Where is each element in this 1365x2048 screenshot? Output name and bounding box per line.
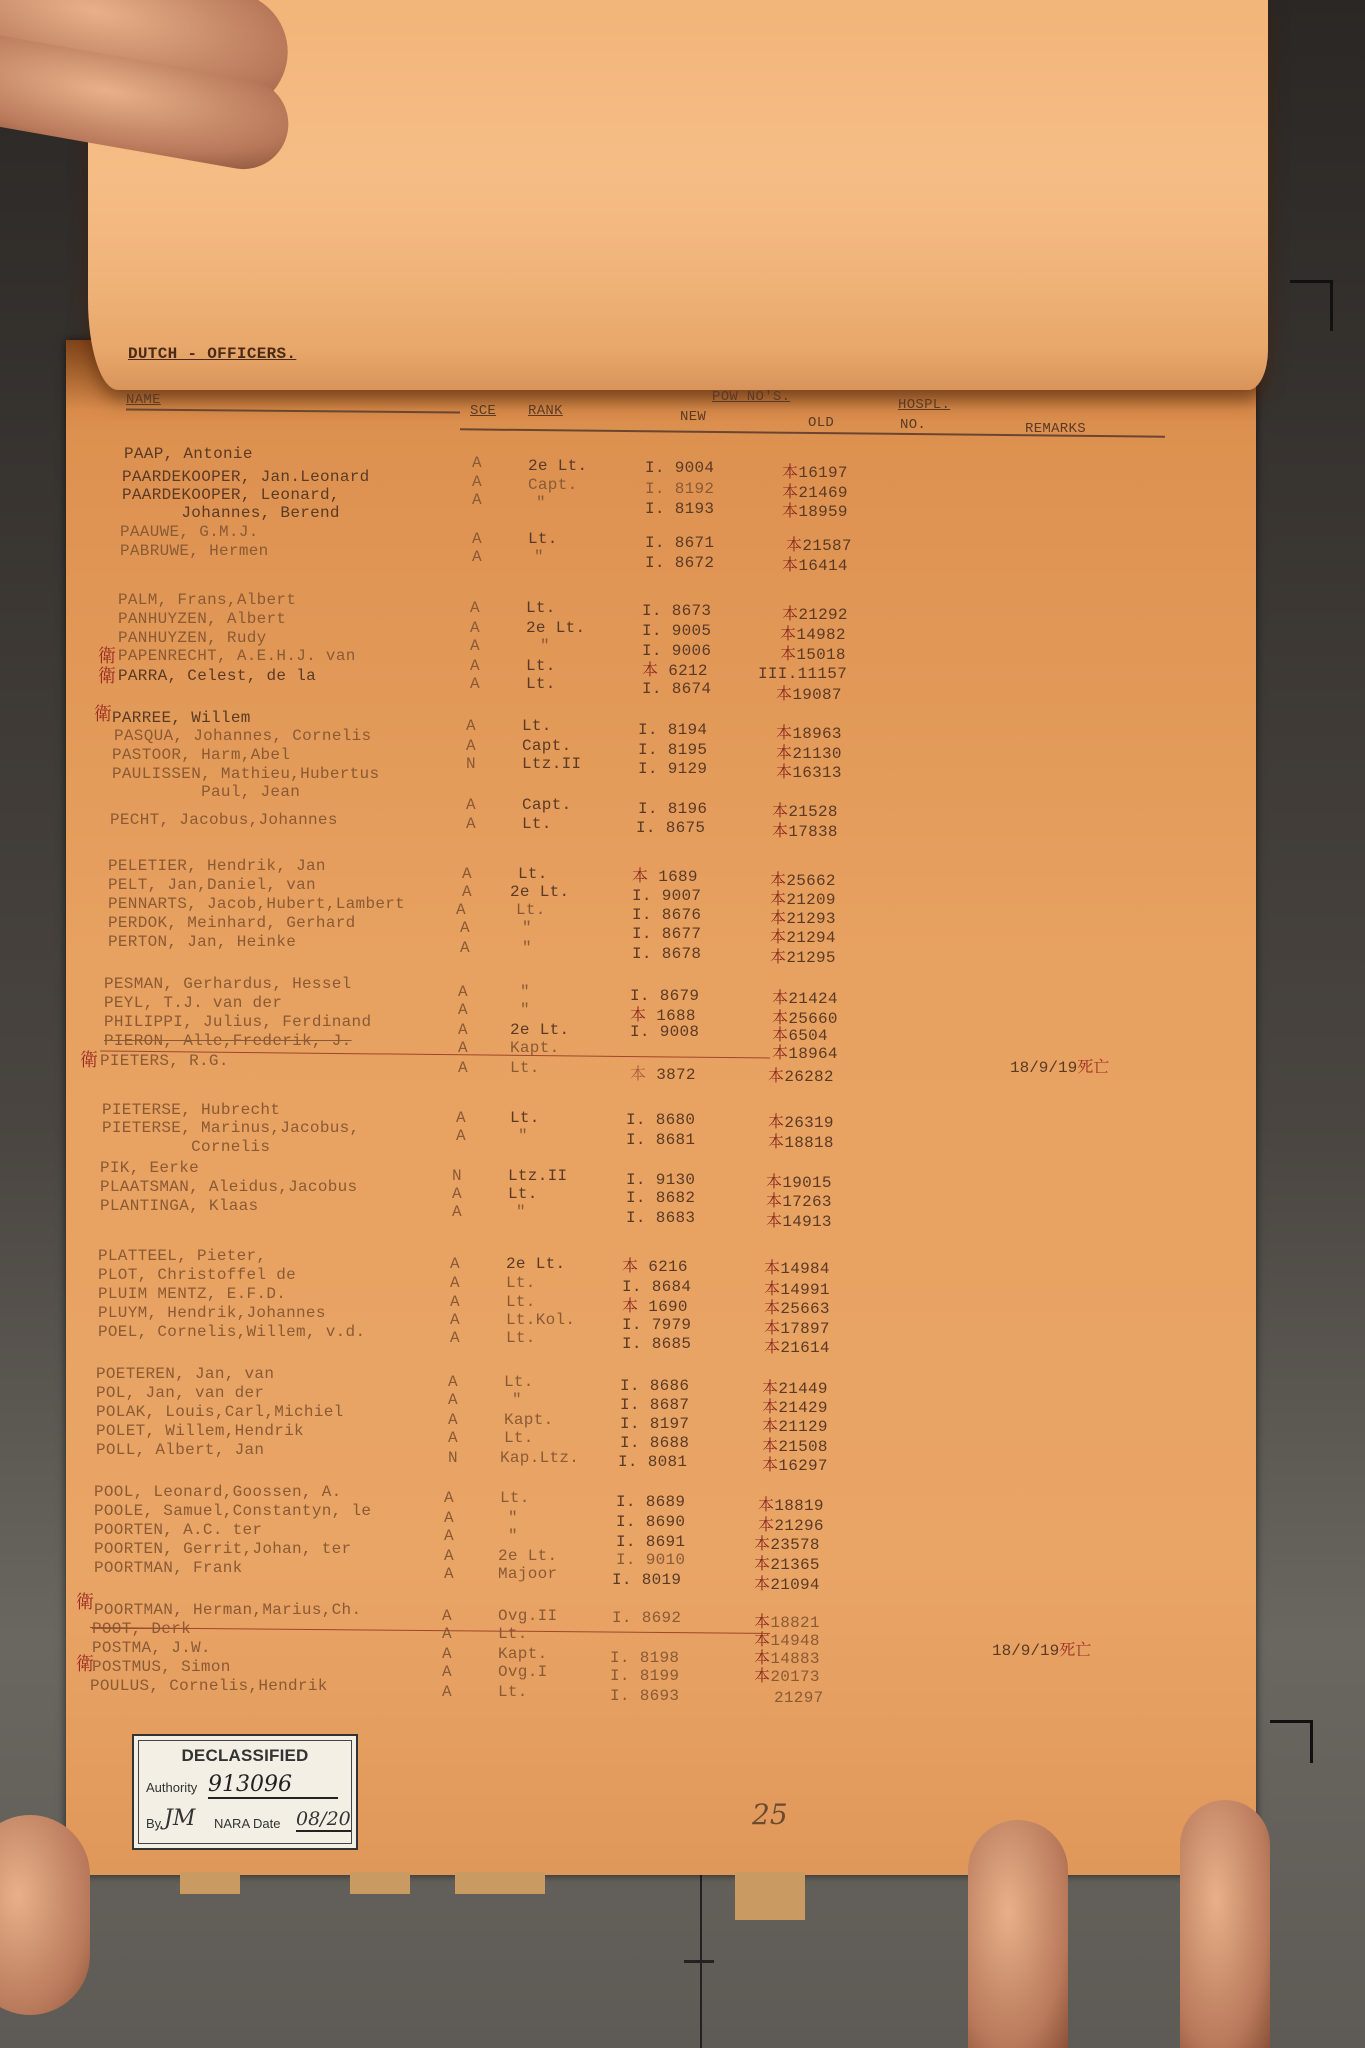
column-header-pow-group: POW NO'S. — [712, 390, 790, 404]
row-rank: " — [522, 940, 532, 956]
hon-stamp-icon: 本 — [768, 1066, 784, 1085]
row-pow-new: I. 8081 — [618, 1454, 687, 1470]
row-pow-new: 本 1690 — [622, 1298, 688, 1315]
row-pow-new: 本 1689 — [632, 868, 698, 885]
row-pow-old: 本26282 — [768, 1068, 834, 1085]
row-sce: A — [448, 1374, 458, 1390]
row-rank: Lt. — [526, 676, 556, 692]
row-name: POOL, Leonard,Goossen, A. — [94, 1484, 342, 1500]
row-sce: A — [444, 1548, 454, 1564]
column-header-sce: SCE — [470, 404, 496, 418]
column-header-rank: RANK — [528, 404, 563, 418]
ei-stamp-icon: 衛 — [76, 1588, 94, 1614]
row-name: PANHUYZEN, Albert — [118, 611, 286, 627]
row-pow-new: I. 8019 — [612, 1572, 681, 1588]
hon-stamp-icon: 本 — [762, 1436, 778, 1455]
row-rank: " — [522, 920, 532, 936]
row-pow-new: I. 9006 — [642, 643, 711, 659]
hon-stamp-icon: 本 — [622, 1296, 638, 1315]
row-pow-old: 本17897 — [764, 1320, 830, 1337]
row-pow-new: I. 8195 — [638, 742, 707, 758]
row-rank: Lt. — [526, 600, 556, 616]
row-name: POORTMAN, Herman,Marius,Ch. — [94, 1602, 361, 1618]
row-pow-old: 本21587 — [786, 537, 852, 554]
row-rank: Lt. — [528, 531, 558, 547]
row-rank: Kap.Ltz. — [500, 1450, 579, 1466]
row-pow-old: 本21614 — [764, 1339, 830, 1356]
hon-stamp-icon: 本 — [762, 1378, 778, 1397]
row-name: PASTOOR, Harm,Abel — [112, 747, 290, 763]
row-rank: Lt. — [522, 718, 552, 734]
row-rank: " — [508, 1510, 518, 1526]
row-pow-old: 本18818 — [768, 1134, 834, 1151]
alignment-mark — [1270, 1720, 1313, 1763]
row-pow-old: 本16414 — [782, 557, 848, 574]
row-pow-new: I. 8683 — [626, 1210, 695, 1226]
row-sce: A — [456, 1110, 466, 1126]
row-rank: Kapt. — [510, 1040, 560, 1056]
row-pow-old: 本21528 — [772, 803, 838, 820]
row-pow-old: 本14948 — [754, 1632, 820, 1649]
column-header-name: NAME — [126, 393, 161, 407]
row-pow-new: I. 8192 — [645, 481, 714, 497]
row-pow-new: I. 8676 — [632, 907, 701, 923]
row-sce: A — [442, 1608, 452, 1624]
authority-label: Authority — [146, 1780, 197, 1795]
row-sce: A — [456, 902, 466, 918]
row-pow-new: I. 8199 — [610, 1668, 679, 1684]
row-pow-new: I. 8693 — [610, 1688, 679, 1704]
column-header-pow-old: OLD — [808, 416, 834, 430]
row-pow-old: 本16313 — [776, 764, 842, 781]
row-name-struck: PIERON, Alle,Frederik, J. — [104, 1033, 352, 1049]
row-pow-old: 本20173 — [754, 1668, 820, 1685]
row-name: POL, Jan, van der — [96, 1385, 264, 1401]
row-pow-old: 本18959 — [782, 503, 848, 520]
row-rank: Lt. — [506, 1330, 536, 1346]
row-rank: Lt. — [504, 1430, 534, 1446]
row-rank: Ltz.II — [522, 756, 581, 772]
row-pow-old: III.11157 — [758, 666, 847, 682]
row-pow-old: 本21130 — [776, 745, 842, 762]
row-sce: A — [472, 531, 482, 547]
row-rank: 2e Lt. — [510, 1022, 569, 1038]
row-sce: A — [470, 600, 480, 616]
row-pow-old: 本17263 — [766, 1193, 832, 1210]
row-sce: A — [444, 1490, 454, 1506]
row-name: POLL, Albert, Jan — [96, 1442, 264, 1458]
row-sce: A — [466, 797, 476, 813]
row-sce: A — [472, 492, 482, 508]
row-name: PECHT, Jacobus,Johannes — [110, 812, 338, 828]
row-pow-old: 本14913 — [766, 1213, 832, 1230]
row-rank: Lt. — [508, 1186, 538, 1202]
row-sce: A — [444, 1510, 454, 1526]
hon-stamp-icon: 本 — [754, 1554, 770, 1573]
hon-stamp-icon: 本 — [758, 1515, 774, 1534]
row-sce: A — [450, 1275, 460, 1291]
row-remarks: 18/9/19死亡 — [1010, 1054, 1109, 1077]
row-pow-new: I. 8681 — [626, 1132, 695, 1148]
hon-stamp-icon: 本 — [772, 1043, 788, 1062]
hon-stamp-icon: 本 — [630, 1064, 646, 1083]
row-name: POLAK, Louis,Carl,Michiel — [96, 1404, 344, 1420]
row-rank: Capt. — [522, 797, 572, 813]
row-pow-new: I. 8196 — [638, 801, 707, 817]
row-pow-new: I. 8690 — [616, 1514, 685, 1530]
row-sce: A — [458, 1022, 468, 1038]
row-pow-old: 本18964 — [772, 1045, 838, 1062]
row-sce: A — [470, 676, 480, 692]
binding-tab — [350, 1872, 410, 1894]
row-name: POETEREN, Jan, van — [96, 1366, 274, 1382]
row-rank: " — [508, 1528, 518, 1544]
row-name: PLUYM, Hendrik,Johannes — [98, 1305, 326, 1321]
row-sce: A — [442, 1664, 452, 1680]
row-pow-new: I. 9008 — [630, 1024, 699, 1040]
row-rank: 2e Lt. — [528, 458, 587, 474]
row-name: PERDOK, Meinhard, Gerhard — [108, 915, 356, 931]
row-name: PAULISSEN, Mathieu,Hubertus — [112, 766, 379, 782]
row-sce: A — [450, 1330, 460, 1346]
hon-stamp-icon: 本 — [772, 988, 788, 1007]
row-pow-old: 本19087 — [776, 686, 842, 703]
hon-stamp-icon: 本 — [768, 1132, 784, 1151]
binding-tab — [455, 1872, 545, 1894]
declassified-title: DECLASSIFIED — [134, 1746, 356, 1766]
row-sce: N — [466, 756, 476, 772]
row-pow-old: 本21292 — [782, 606, 848, 623]
thumb-bottom-right — [968, 1820, 1068, 2048]
row-name: PERTON, Jan, Heinke — [108, 934, 296, 950]
row-pow-new: I. 8671 — [645, 535, 714, 551]
row-pow-old: 本16297 — [762, 1457, 828, 1474]
row-pow-old: 本21429 — [762, 1399, 828, 1416]
row-name: POORTMAN, Frank — [94, 1560, 243, 1576]
row-sce: A — [458, 1002, 468, 1018]
row-pow-new: I. 8194 — [638, 722, 707, 738]
row-rank: 2e Lt. — [526, 620, 585, 636]
row-pow-new: I. 7979 — [622, 1317, 691, 1333]
row-pow-old: 本15018 — [780, 646, 846, 663]
hon-stamp-icon: 本 — [762, 1397, 778, 1416]
row-pow-old: 本21094 — [754, 1576, 820, 1593]
row-sce: A — [470, 638, 480, 654]
hon-stamp-icon: 本 — [770, 889, 786, 908]
hon-stamp-icon: 本 — [764, 1258, 780, 1277]
row-name: PEYL, T.J. van der — [104, 995, 282, 1011]
hon-stamp-icon: 本 — [770, 908, 786, 927]
row-sce: N — [448, 1450, 458, 1466]
hon-stamp-icon: 本 — [758, 1495, 774, 1514]
finger-bottom-right — [1180, 1800, 1270, 2048]
hon-stamp-icon: 本 — [782, 604, 798, 623]
row-name: PIETERSE, Marinus,Jacobus, — [102, 1120, 359, 1136]
hon-stamp-icon: 本 — [776, 684, 792, 703]
row-name: POSTMA, J.W. — [92, 1640, 211, 1656]
row-rank: " — [518, 1128, 528, 1144]
row-pow-old: 本14883 — [754, 1650, 820, 1667]
row-sce: A — [442, 1684, 452, 1700]
row-sce: A — [460, 920, 470, 936]
row-pow-new: I. 8686 — [620, 1378, 689, 1394]
row-sce: A — [452, 1204, 462, 1220]
row-sce: A — [444, 1566, 454, 1582]
row-pow-new: I. 9129 — [638, 761, 707, 777]
ei-stamp-icon: 衛 — [80, 1046, 98, 1072]
hon-stamp-icon: 本 — [764, 1279, 780, 1298]
row-sce: A — [456, 1128, 466, 1144]
row-sce: A — [466, 718, 476, 734]
row-sce: A — [462, 884, 472, 900]
row-name: PENNARTS, Jacob,Hubert,Lambert — [108, 896, 405, 912]
hon-stamp-icon: 本 — [770, 927, 786, 946]
hon-stamp-icon: 本 — [764, 1318, 780, 1337]
row-name-struck: POOT, Derk — [92, 1621, 191, 1637]
row-pow-new: I. 8688 — [620, 1435, 689, 1451]
hon-stamp-icon: 本 — [772, 821, 788, 840]
row-rank: Capt. — [528, 477, 578, 493]
row-pow-new: I. 8674 — [642, 681, 711, 697]
row-rank: Kapt. — [498, 1646, 548, 1662]
row-rank: Lt. — [504, 1374, 534, 1390]
hon-stamp-icon: 本 — [772, 801, 788, 820]
row-rank: " — [520, 1002, 530, 1018]
row-name: PELT, Jan,Daniel, van — [108, 877, 316, 893]
row-name: Paul, Jean — [112, 784, 300, 800]
row-pow-old: 本19015 — [766, 1174, 832, 1191]
row-pow-new: I. 8684 — [622, 1279, 691, 1295]
row-sce: A — [448, 1412, 458, 1428]
hon-stamp-icon: 本 — [766, 1172, 782, 1191]
row-rank: " — [516, 1204, 526, 1220]
row-pow-new: I. 8673 — [642, 603, 711, 619]
row-pow-new: I. 8198 — [610, 1650, 679, 1666]
row-name: Cornelis — [102, 1139, 270, 1155]
hon-stamp-icon: 本 — [632, 866, 648, 885]
row-sce: A — [470, 658, 480, 674]
row-rank: " — [512, 1392, 522, 1408]
row-pow-old: 本26319 — [768, 1114, 834, 1131]
row-rank: Lt. — [522, 816, 552, 832]
row-name: PARREE, Willem — [112, 710, 251, 726]
row-rank: Lt. — [498, 1626, 528, 1642]
hon-stamp-icon: 本 — [766, 1211, 782, 1230]
hon-stamp-icon: 本 — [762, 1455, 778, 1474]
row-name: PIETERS, R.G. — [100, 1053, 229, 1069]
ei-stamp-icon: 衛 — [94, 700, 112, 726]
row-pow-new: 本 6212 — [642, 662, 708, 679]
row-sce: A — [448, 1430, 458, 1446]
column-header-pow-new: NEW — [680, 410, 706, 424]
row-rank: Lt. — [510, 1110, 540, 1126]
row-rank: Ovg.II — [498, 1608, 557, 1624]
row-pow-old: 本18821 — [754, 1614, 820, 1631]
hon-stamp-icon: 本 — [776, 743, 792, 762]
row-pow-old: 本21449 — [762, 1380, 828, 1397]
by-label: By — [146, 1816, 161, 1831]
row-pow-old: 本14991 — [764, 1281, 830, 1298]
row-pow-new: I. 8672 — [645, 555, 714, 571]
row-rank: Lt. — [526, 658, 556, 674]
row-name: PLOT, Christoffel de — [98, 1267, 296, 1283]
grid-tick — [684, 1960, 714, 1963]
row-pow-old: 本23578 — [754, 1536, 820, 1553]
hon-stamp-icon: 本 — [770, 947, 786, 966]
row-name: PAPENRECHT, A.E.H.J. van — [118, 648, 356, 664]
row-pow-old: 本25662 — [770, 872, 836, 889]
row-sce: A — [472, 474, 482, 490]
row-rank: " — [536, 495, 546, 511]
row-pow-new: I. 8687 — [620, 1397, 689, 1413]
row-name: PAAP, Antonie — [124, 446, 253, 462]
row-name: POORTEN, Gerrit,Johan, ter — [94, 1541, 351, 1557]
row-pow-new: I. 8677 — [632, 926, 701, 942]
row-sce: A — [458, 984, 468, 1000]
row-sce: A — [472, 549, 482, 565]
row-pow-old: 21297 — [774, 1690, 824, 1706]
row-name: Johannes, Berend — [122, 505, 340, 521]
row-pow-old: 本21508 — [762, 1438, 828, 1455]
row-name: POOLE, Samuel,Constantyn, le — [94, 1503, 371, 1519]
row-remarks: 18/9/19死亡 — [992, 1637, 1091, 1660]
row-pow-old: 本21209 — [770, 891, 836, 908]
row-name: PANHUYZEN, Rudy — [118, 630, 267, 646]
nara-date-label: NARA Date — [214, 1816, 280, 1831]
hon-stamp-icon: 本 — [780, 624, 796, 643]
row-pow-new: I. 8685 — [622, 1336, 691, 1352]
row-pow-new: I. 9130 — [626, 1172, 695, 1188]
row-rank: 2e Lt. — [506, 1256, 565, 1272]
row-name: PALM, Frans,Albert — [118, 592, 296, 608]
row-pow-old: 本21295 — [770, 949, 836, 966]
hon-stamp-icon: 本 — [754, 1612, 770, 1631]
page-title: DUTCH - OFFICERS. — [128, 346, 296, 362]
row-pow-old: 本16197 — [782, 464, 848, 481]
row-name: PAARDEKOOPER, Leonard, — [122, 487, 340, 503]
row-pow-old: 本6504 — [772, 1027, 828, 1044]
row-name: POORTEN, A.C. ter — [94, 1522, 262, 1538]
hon-stamp-icon: 本 — [786, 535, 802, 554]
row-name: POLET, Willem,Hendrik — [96, 1423, 304, 1439]
alignment-mark — [1290, 280, 1333, 331]
row-pow-new: I. 8680 — [626, 1112, 695, 1128]
hon-stamp-icon: 本 — [782, 501, 798, 520]
row-rank: Lt. — [506, 1275, 536, 1291]
row-name: PHILIPPI, Julius, Ferdinand — [104, 1014, 371, 1030]
row-rank: Ltz.II — [508, 1168, 567, 1184]
row-pow-new: 本 3872 — [630, 1066, 696, 1083]
row-name: POSTMUS, Simon — [92, 1659, 231, 1675]
row-pow-new: I. 8689 — [616, 1494, 685, 1510]
row-name: PASQUA, Johannes, Cornelis — [114, 728, 371, 744]
row-sce: A — [442, 1626, 452, 1642]
hon-stamp-icon: 本 — [770, 870, 786, 889]
row-name: PIETERSE, Hubrecht — [102, 1102, 280, 1118]
grid-line — [700, 1870, 702, 2048]
row-sce: A — [448, 1392, 458, 1408]
hon-stamp-icon: 本 — [782, 555, 798, 574]
hon-stamp-icon: 本 — [776, 762, 792, 781]
row-pow-new: I. 8675 — [636, 820, 705, 836]
row-pow-old: 本21424 — [772, 990, 838, 1007]
hon-stamp-icon: 本 — [622, 1256, 638, 1275]
hon-stamp-icon: 本 — [776, 723, 792, 742]
row-pow-old: 本14982 — [780, 626, 846, 643]
authority-value: 913096 — [208, 1772, 338, 1799]
row-name: PELETIER, Hendrik, Jan — [108, 858, 326, 874]
row-sce: A — [452, 1186, 462, 1202]
hon-stamp-icon: 本 — [780, 644, 796, 663]
row-rank: Lt. — [518, 866, 548, 882]
row-sce: A — [442, 1646, 452, 1662]
row-rank: Capt. — [522, 738, 572, 754]
row-pow-old: 本21293 — [770, 910, 836, 927]
row-sce: A — [444, 1528, 454, 1544]
row-name: PIK, Eerke — [100, 1160, 199, 1176]
row-pow-old: 本21294 — [770, 929, 836, 946]
row-sce: A — [450, 1294, 460, 1310]
hon-stamp-icon: 本 — [630, 1005, 646, 1024]
hon-stamp-icon: 本 — [764, 1298, 780, 1317]
row-pow-old: 本21365 — [754, 1556, 820, 1573]
row-pow-old: 本18819 — [758, 1497, 824, 1514]
row-name: PLAATSMAN, Aleidus,Jacobus — [100, 1179, 357, 1195]
column-header-hospl-no: NO. — [900, 418, 926, 432]
row-pow-old: 本18963 — [776, 725, 842, 742]
row-rank: Lt. — [506, 1294, 536, 1310]
hon-stamp-icon: 本 — [782, 482, 798, 501]
row-pow-old: 本14984 — [764, 1260, 830, 1277]
row-pow-new: I. 9007 — [632, 888, 701, 904]
row-pow-new: I. 8197 — [620, 1416, 689, 1432]
hon-stamp-icon: 本 — [754, 1534, 770, 1553]
hon-stamp-icon: 本 — [754, 1574, 770, 1593]
row-pow-new: I. 8691 — [616, 1534, 685, 1550]
row-sce: A — [466, 738, 476, 754]
row-pow-new: I. 9004 — [645, 460, 714, 476]
row-rank: Lt. — [510, 1060, 540, 1076]
row-name: PLUIM MENTZ, E.F.D. — [98, 1286, 286, 1302]
row-name: PABRUWE, Hermen — [120, 543, 269, 559]
row-sce: A — [466, 816, 476, 832]
row-pow-new: I. 8692 — [612, 1610, 681, 1626]
row-rank: 2e Lt. — [510, 884, 569, 900]
hon-stamp-icon: 本 — [768, 1112, 784, 1131]
row-rank: " — [540, 638, 550, 654]
row-sce: A — [460, 940, 470, 956]
declassified-stamp: DECLASSIFIED Authority 913096 By JM NARA… — [132, 1734, 358, 1850]
row-pow-new: I. 9005 — [642, 623, 711, 639]
row-rank: Kapt. — [504, 1412, 554, 1428]
row-pow-new: I. 8678 — [632, 946, 701, 962]
row-name: PLANTINGA, Klaas — [100, 1198, 258, 1214]
row-rank: " — [520, 984, 530, 1000]
hon-stamp-icon: 本 — [754, 1666, 770, 1685]
row-name: PAARDEKOOPER, Jan.Leonard — [122, 469, 370, 485]
row-rank: Lt.Kol. — [506, 1312, 575, 1328]
hon-stamp-icon: 本 — [754, 1648, 770, 1667]
row-pow-new: I. 8679 — [630, 988, 699, 1004]
row-rank: 2e Lt. — [498, 1548, 557, 1564]
row-pow-old: 本17838 — [772, 823, 838, 840]
by-value: JM — [164, 1806, 195, 1831]
row-name: POULUS, Cornelis,Hendrik — [90, 1678, 328, 1694]
hon-stamp-icon: 本 — [782, 462, 798, 481]
row-pow-old: 本21296 — [758, 1517, 824, 1534]
row-pow-new: I. 9010 — [616, 1552, 685, 1568]
row-pow-old: 本21469 — [782, 484, 848, 501]
